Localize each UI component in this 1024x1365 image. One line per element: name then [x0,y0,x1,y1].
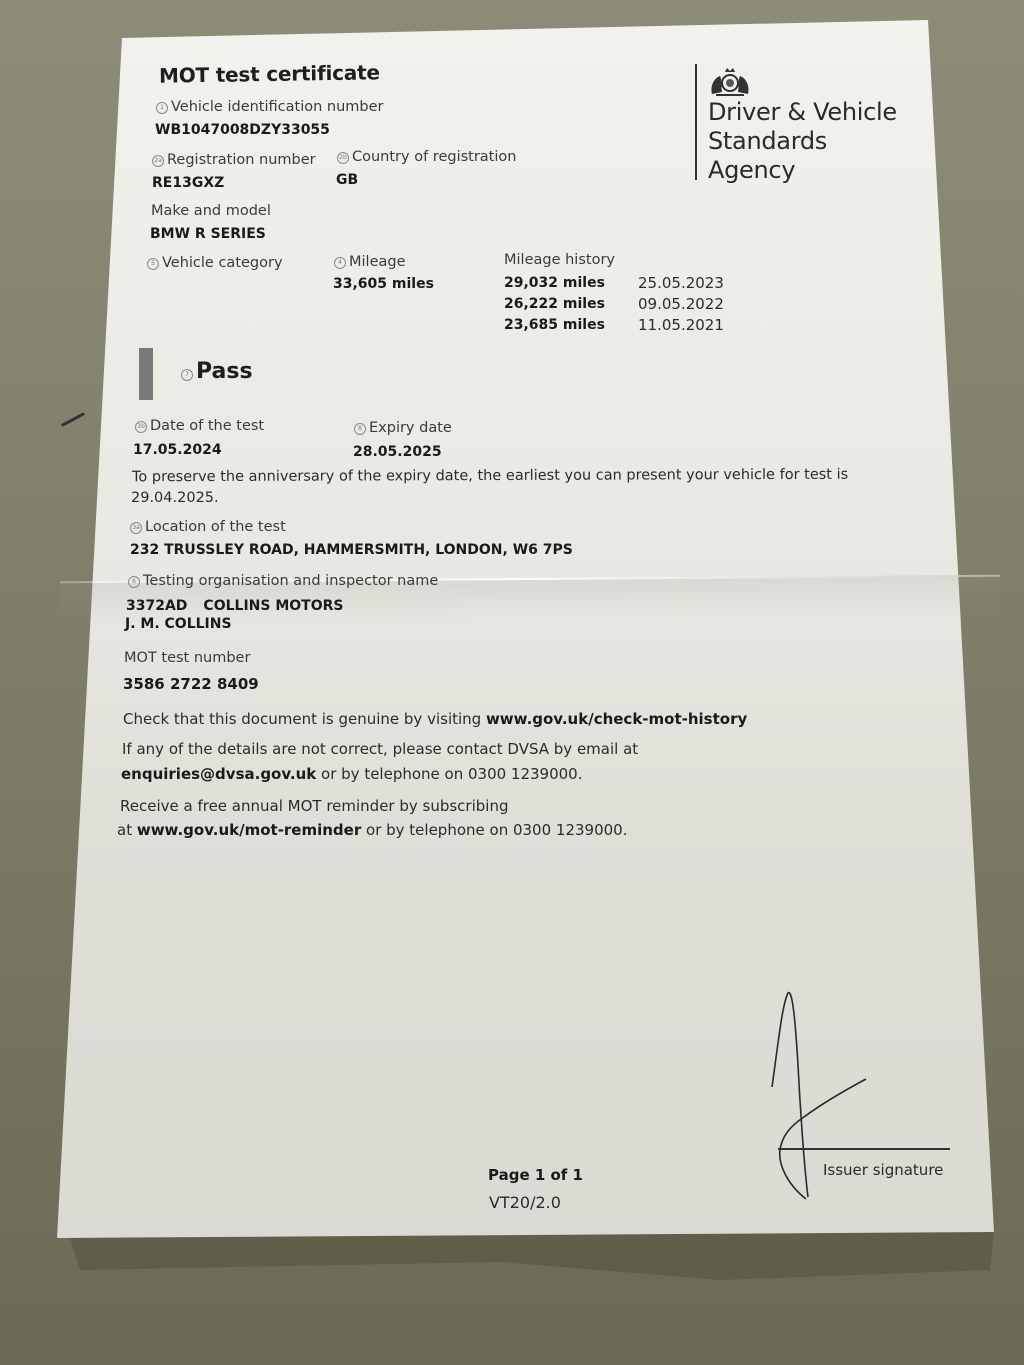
organisation-name: COLLINS MOTORS [203,598,343,614]
make-model-label: Make and model [151,203,271,219]
genuine-check-notice: Check that this document is genuine by v… [123,710,747,728]
registration-label-text: Registration number [167,152,316,168]
mileage-history-miles-3: 23,685 miles [504,317,605,333]
mileage-history-miles-2: 26,222 miles [504,296,605,312]
contact-phone-text: or by telephone on 0300 1239000. [316,765,582,783]
country-label: 2bCountry of registration [337,149,516,165]
vin-label-text: Vehicle identification number [171,99,384,115]
anniversary-note-line-1: To preserve the anniversary of the expir… [132,467,848,485]
royal-coat-of-arms-icon [706,64,754,98]
country-label-text: Country of registration [352,149,516,165]
test-result: 7Pass [181,359,253,384]
testing-organisation-label-text: Testing organisation and inspector name [143,573,438,589]
vin-value: WB1047008DZY33055 [155,122,330,138]
mileage-value: 33,605 miles [333,276,434,292]
test-date-value: 17.05.2024 [133,442,222,458]
test-date-label: 3bDate of the test [135,418,264,434]
issuer-name: Driver & Vehicle Standards Agency [708,98,897,185]
expiry-date-label: 8Expiry date [354,420,452,436]
certificate-title: MOT test certificate [159,60,380,87]
ref-number-icon: 8 [354,423,366,435]
test-number-value: 3586 2722 8409 [123,675,259,693]
signature-line [778,1148,950,1150]
result-status-bar [139,348,153,400]
issuer-signature-label: Issuer signature [823,1161,943,1179]
ref-number-icon: 3b [135,421,147,433]
contact-notice-line-1: If any of the details are not correct, p… [122,740,638,758]
country-value: GB [336,172,358,188]
reminder-notice-line-2: at www.gov.uk/mot-reminder or by telepho… [117,821,627,839]
ref-number-icon: 4 [334,257,346,269]
testing-organisation-label: 6Testing organisation and inspector name [128,573,438,589]
mileage-history-miles-1: 29,032 miles [504,275,605,291]
logo-divider [695,64,697,180]
ref-number-icon: 3a [130,522,142,534]
test-location-label-text: Location of the test [145,519,286,535]
organisation-code: 3372AD [126,598,187,614]
ref-number-icon: 1 [156,102,168,114]
ref-number-icon: 7 [181,369,193,381]
registration-label: 2aRegistration number [152,152,316,168]
vehicle-category-label-text: Vehicle category [162,255,283,271]
mileage-history-date-1: 25.05.2023 [638,274,724,292]
form-code: VT20/2.0 [489,1193,561,1212]
issuer-name-line-1: Driver & Vehicle [708,98,897,127]
ref-number-icon: 6 [128,576,140,588]
testing-organisation: 3372ADCOLLINS MOTORS [126,598,343,614]
reminder-notice-line-1: Receive a free annual MOT reminder by su… [120,797,508,815]
test-number-label: MOT test number [124,650,250,666]
mileage-label: 4Mileage [334,254,406,270]
test-location-address: 232 TRUSSLEY ROAD, HAMMERSMITH, LONDON, … [130,542,573,558]
mileage-label-text: Mileage [349,254,406,270]
issuer-name-line-2: Standards [708,127,897,156]
test-result-status: Pass [196,359,253,384]
mileage-history-label: Mileage history [504,252,615,268]
genuine-check-text: Check that this document is genuine by v… [123,710,486,728]
reminder-at-text: at [117,821,137,839]
make-model-value: BMW R SERIES [150,226,266,242]
anniversary-note-line-2: 29.04.2025. [131,490,219,506]
vin-label: 1Vehicle identification number [156,99,384,115]
registration-value: RE13GXZ [152,175,224,191]
expiry-date-value: 28.05.2025 [353,444,442,460]
inspector-name: J. M. COLLINS [125,616,232,632]
mot-reminder-link[interactable]: www.gov.uk/mot-reminder [137,821,361,839]
ref-number-icon: 2a [152,155,164,167]
reminder-phone-text: or by telephone on 0300 1239000. [361,821,627,839]
ref-number-icon: 5 [147,258,159,270]
expiry-date-label-text: Expiry date [369,420,452,436]
check-mot-history-link[interactable]: www.gov.uk/check-mot-history [486,710,747,728]
test-location-label: 3aLocation of the test [130,519,286,535]
mileage-history-date-2: 09.05.2022 [638,295,724,313]
page-number: Page 1 of 1 [488,1166,583,1184]
test-date-label-text: Date of the test [150,418,264,434]
contact-notice-line-2: enquiries@dvsa.gov.uk or by telephone on… [121,765,583,783]
ref-number-icon: 2b [337,152,349,164]
mot-certificate: MOT test certificate Driver & Vehicle St… [0,0,1024,1365]
dvsa-email-link[interactable]: enquiries@dvsa.gov.uk [121,765,316,783]
issuer-name-line-3: Agency [708,156,897,185]
vehicle-category-label: 5Vehicle category [147,255,283,271]
mileage-history-date-3: 11.05.2021 [638,316,724,334]
